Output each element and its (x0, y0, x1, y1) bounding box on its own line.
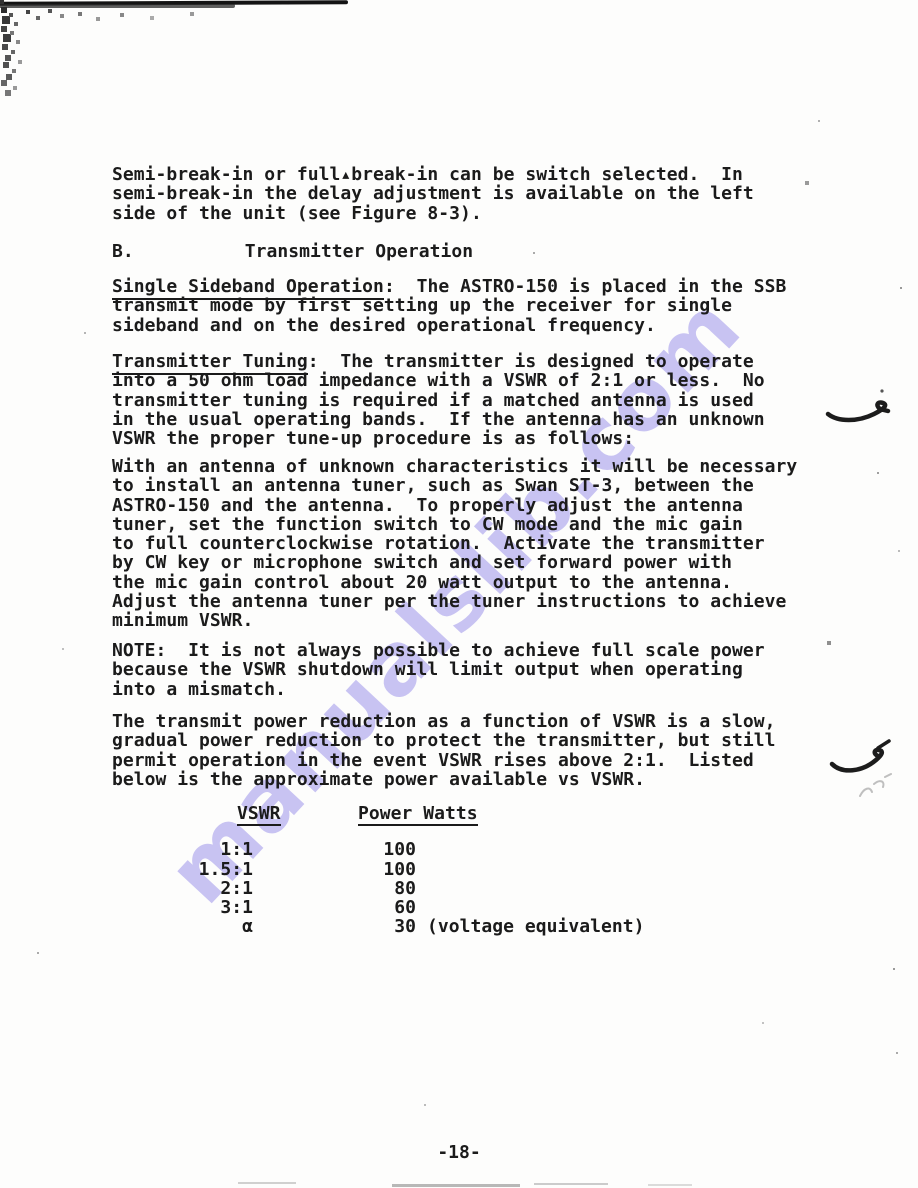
table-header-row: VSWR Power Watts (112, 804, 712, 823)
text-line: Transmitter Tuning: The transmitter is d… (112, 352, 765, 371)
note-cell (416, 840, 427, 859)
text-line: The transmit power reduction as a functi… (112, 712, 776, 731)
note-cell (416, 879, 427, 898)
lead-in-rest: : The ASTRO-150 is placed in the SSB (384, 276, 786, 297)
text-line: permit operation in the event VSWR rises… (112, 751, 776, 770)
text-line: transmitter tuning is required if a matc… (112, 391, 765, 410)
table-row: 1.5:1100 (112, 860, 712, 879)
table-header-power-watts: Power Watts (358, 804, 478, 826)
paragraph-antenna-tuner-procedure: With an antenna of unknown characteristi… (112, 457, 797, 631)
paragraph-transmitter-tuning: Transmitter Tuning: The transmitter is d… (112, 352, 765, 448)
scan-artifact-specks (0, 0, 2, 2)
paragraph-power-reduction: The transmit power reduction as a functi… (112, 712, 776, 789)
page-number: -18- (0, 1142, 918, 1163)
vswr-cell: α (112, 917, 253, 936)
table-row: 3:160 (112, 898, 712, 917)
table-row: 1:1100 (112, 840, 712, 859)
text-line: gradual power reduction to protect the t… (112, 731, 776, 750)
text-line: VSWR the proper tune-up procedure is as … (112, 429, 765, 448)
text-line: Adjust the antenna tuner per the tuner i… (112, 592, 797, 611)
watts-cell: 100 (253, 860, 416, 879)
bottom-dash (238, 1182, 296, 1184)
table-header-vswr: VSWR (237, 804, 281, 826)
table-row: 2:180 (112, 879, 712, 898)
lead-in-rest: : The transmitter is designed to operate (308, 351, 754, 372)
paragraph-single-sideband-operation: Single Sideband Operation: The ASTRO-150… (112, 277, 786, 335)
bottom-dash (648, 1184, 692, 1186)
section-title: Transmitter Operation (245, 241, 473, 262)
note-cell: (voltage equivalent) (416, 917, 645, 936)
text-line: by CW key or microphone switch and set f… (112, 553, 797, 572)
text-line: sideband and on the desired operational … (112, 316, 786, 335)
text-line: NOTE: It is not always possible to achie… (112, 641, 765, 660)
text-line: transmit mode by first setting up the re… (112, 296, 786, 315)
handwritten-pen-mark (824, 386, 902, 434)
text-line: Single Sideband Operation: The ASTRO-150… (112, 277, 786, 296)
watts-cell: 80 (253, 879, 416, 898)
text-line: minimum VSWR. (112, 611, 797, 630)
scan-artifact-top-edge-smudge (0, 4, 235, 8)
scan-artifact-corner-noise (0, 0, 4, 4)
pencil-scribble (854, 770, 898, 804)
text-line: the mic gain control about 20 watt outpu… (112, 573, 797, 592)
text-line: to install an antenna tuner, such as Swa… (112, 476, 797, 495)
scan-artifact-top-edge (0, 0, 348, 6)
section-heading-transmitter-operation: B.Transmitter Operation (112, 242, 473, 261)
vswr-power-table: VSWR Power Watts 1:1100 1.5:1100 2:180 3… (112, 804, 712, 937)
bottom-dash (534, 1183, 608, 1185)
note-cell (416, 860, 427, 879)
text-line: in the usual operating bands. If the ant… (112, 410, 765, 429)
table-body: 1:1100 1.5:1100 2:180 3:160 α30(voltage … (112, 840, 712, 936)
text-line: because the VSWR shutdown will limit out… (112, 660, 765, 679)
table-row: α30(voltage equivalent) (112, 917, 712, 936)
scanned-manual-page: manualslib.com Semi-break-in or full▴bre… (0, 0, 918, 1188)
note-cell (416, 898, 427, 917)
handwritten-pen-mark (824, 728, 904, 786)
vswr-cell: 1.5:1 (112, 860, 253, 879)
vswr-cell: 3:1 (112, 898, 253, 917)
section-label: B. (112, 241, 134, 262)
text-line: to full counterclockwise rotation. Activ… (112, 534, 797, 553)
text-line: below is the approximate power available… (112, 770, 776, 789)
vswr-cell: 2:1 (112, 879, 253, 898)
text-line: into a mismatch. (112, 680, 765, 699)
vswr-cell: 1:1 (112, 840, 253, 859)
bottom-dash (392, 1184, 520, 1187)
text-line: ASTRO-150 and the antenna. To properly a… (112, 496, 797, 515)
paragraph-semi-break-in: Semi-break-in or full▴break-in can be sw… (112, 165, 754, 223)
text-line: semi-break-in the delay adjustment is av… (112, 184, 754, 203)
watts-cell: 30 (253, 917, 416, 936)
text-line: side of the unit (see Figure 8-3). (112, 204, 754, 223)
watts-cell: 60 (253, 898, 416, 917)
text-line: into a 50 ohm load impedance with a VSWR… (112, 371, 765, 390)
text-line: tuner, set the function switch to CW mod… (112, 515, 797, 534)
paragraph-note: NOTE: It is not always possible to achie… (112, 641, 765, 699)
text-line: With an antenna of unknown characteristi… (112, 457, 797, 476)
watts-cell: 100 (253, 840, 416, 859)
text-line: Semi-break-in or full▴break-in can be sw… (112, 165, 754, 184)
